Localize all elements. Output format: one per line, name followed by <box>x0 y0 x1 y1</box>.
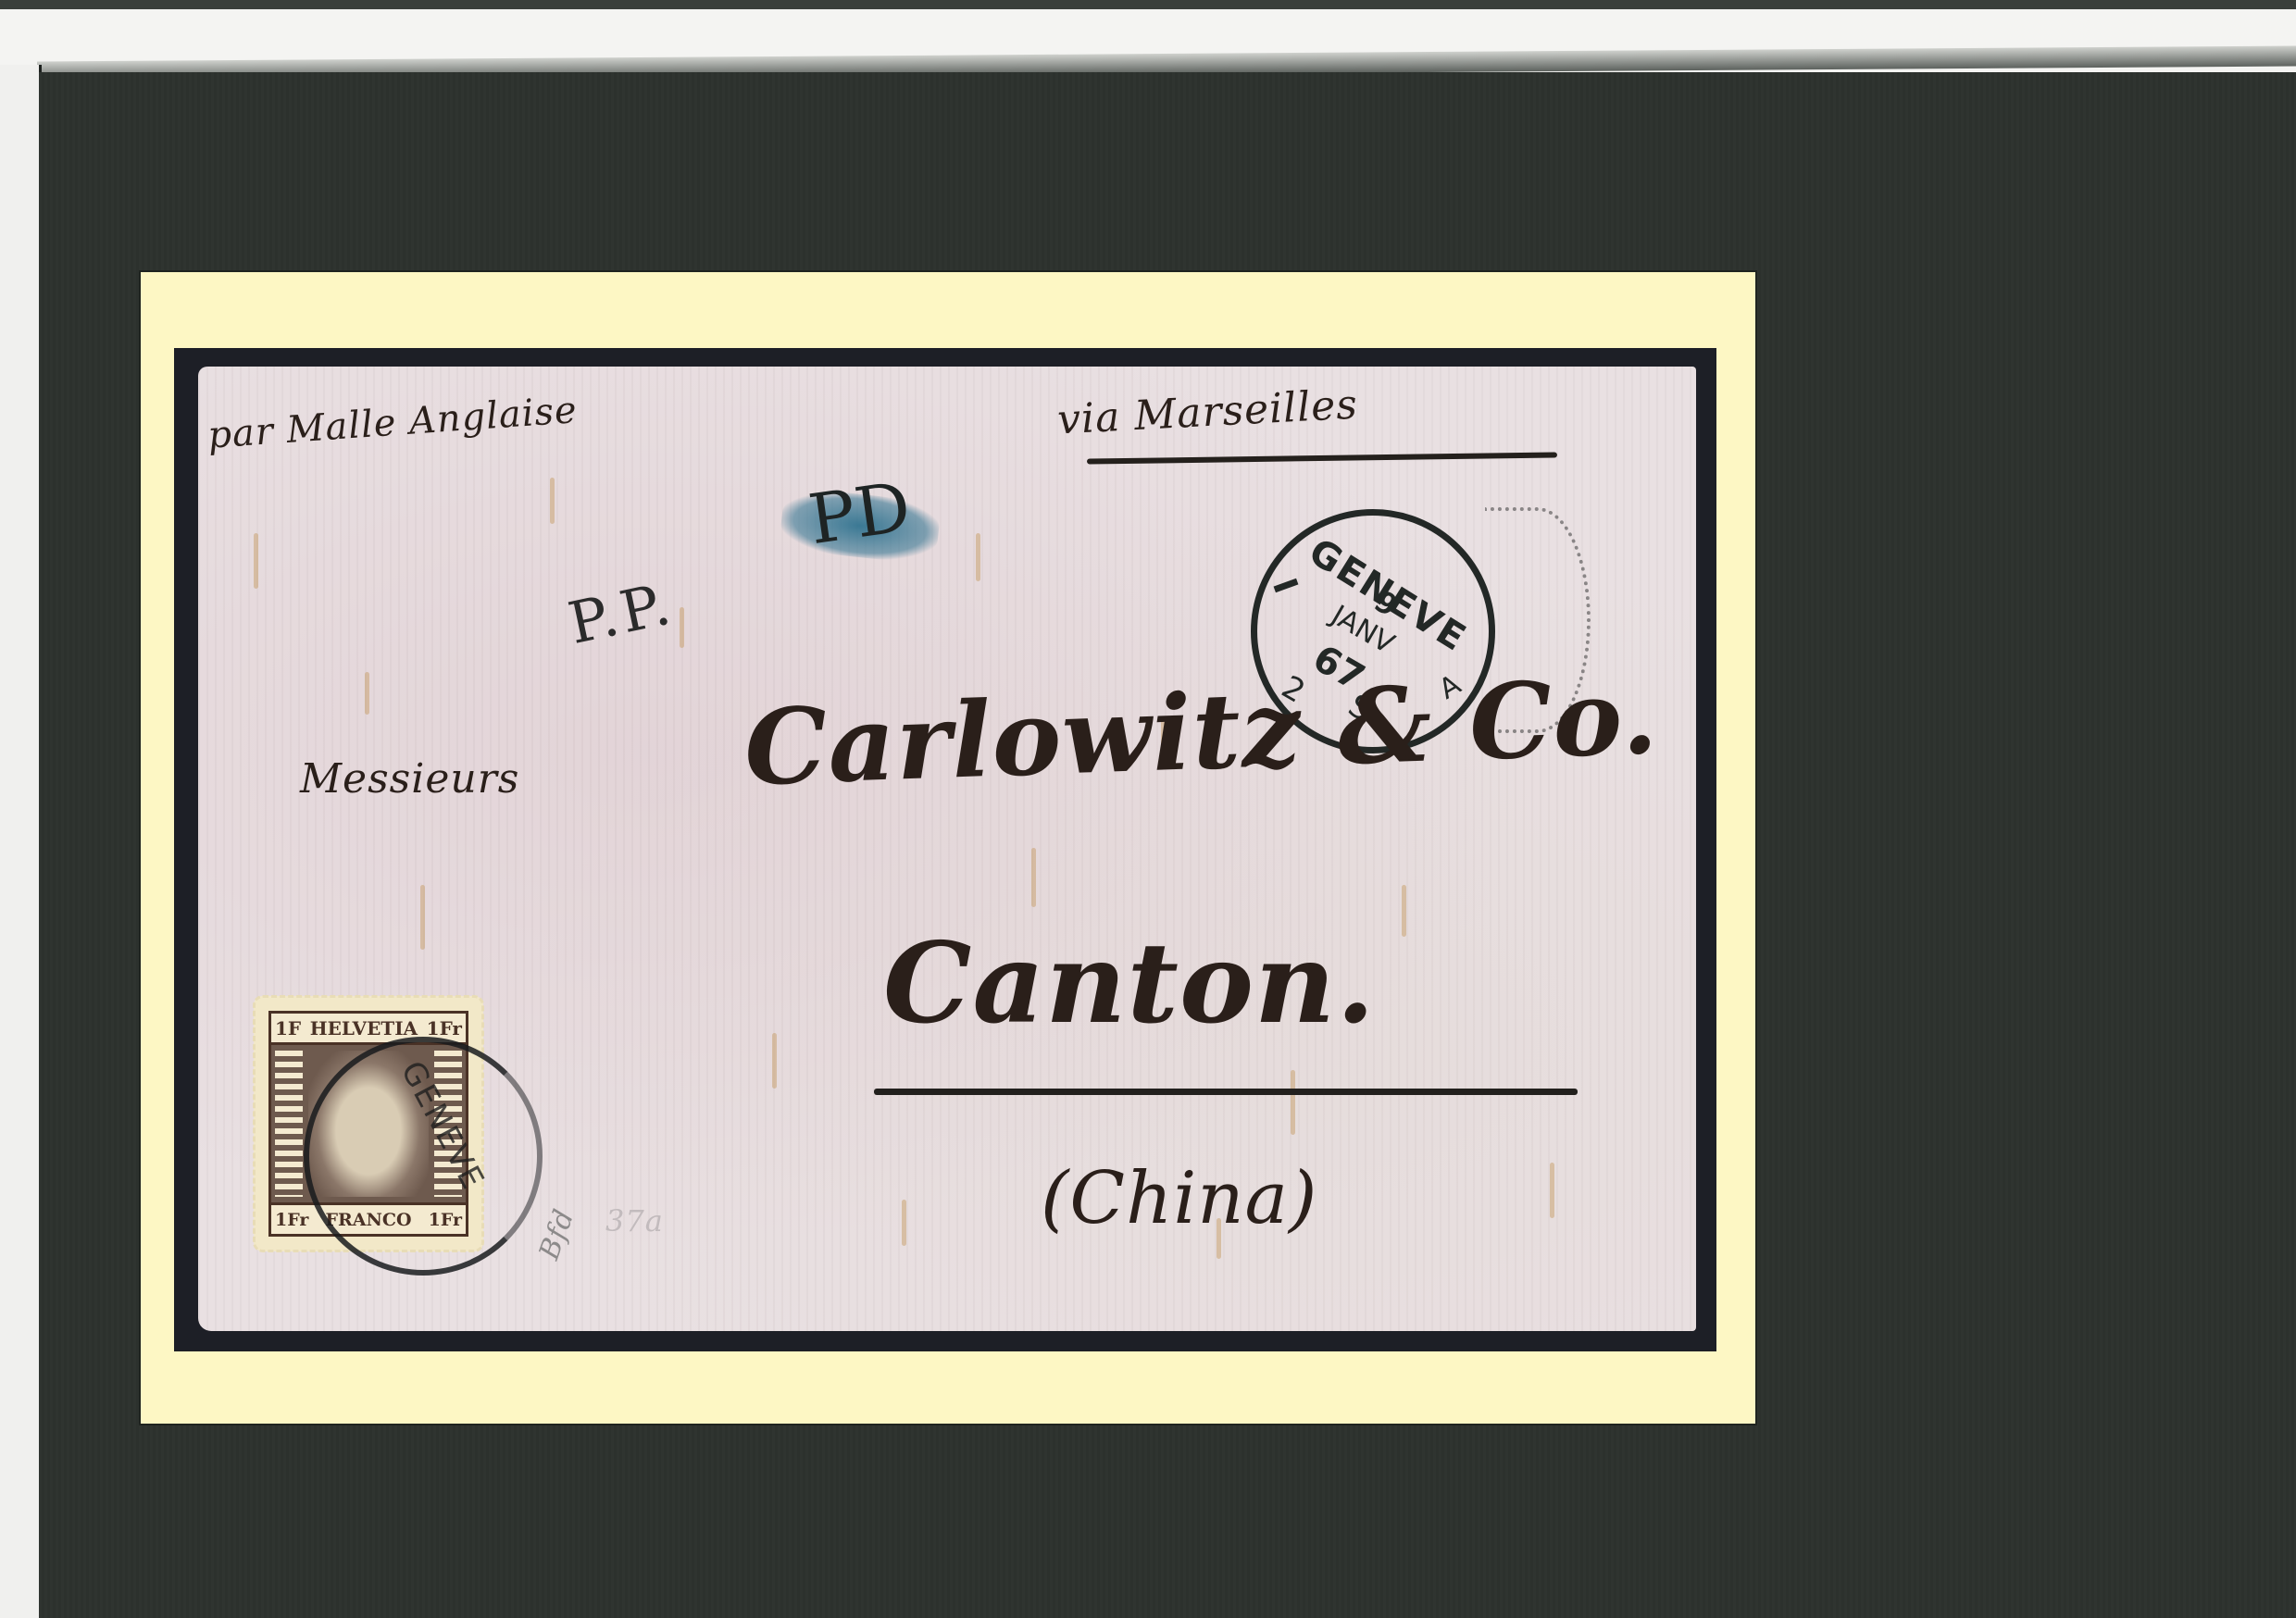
foxing-stain <box>365 672 369 715</box>
scanner-edge <box>0 0 2296 74</box>
salutation: Messieurs <box>300 755 519 803</box>
postmark-dash <box>1274 579 1299 592</box>
foxing-stain <box>1031 848 1036 907</box>
stamp-value: 1Fr <box>275 1210 308 1230</box>
foxing-stain <box>420 885 425 950</box>
foxing-stain <box>1291 1070 1295 1135</box>
via-note: via Marseilles <box>1056 381 1359 444</box>
via-underline <box>1087 452 1557 464</box>
foxing-stain <box>550 478 555 524</box>
foxing-stain <box>680 607 684 648</box>
foxing-stain <box>772 1033 777 1089</box>
stamp-country: HELVETIA <box>310 1017 418 1039</box>
foxing-stain <box>254 533 258 589</box>
stamp-value: 1Fr <box>427 1017 462 1039</box>
pd-marking: PD <box>805 467 916 560</box>
pp-marking: P.P. <box>563 569 680 657</box>
foxing-stain <box>902 1200 906 1246</box>
stamp-value: 1F <box>275 1017 301 1039</box>
destination-country: (China) <box>1041 1157 1317 1240</box>
foxing-stain <box>1550 1163 1554 1218</box>
stamp-ornament <box>275 1051 303 1197</box>
postal-cover: par Malle Anglaise via Marseilles PD P.P… <box>198 367 1696 1331</box>
foxing-stain <box>976 533 980 581</box>
foxing-stain <box>1402 885 1406 937</box>
scanner-margin <box>0 65 42 1618</box>
routing-note: par Malle Anglaise <box>206 389 579 457</box>
addressee: Carlowitz & Co. <box>742 656 1660 809</box>
pencil-note: 37a <box>605 1203 664 1238</box>
pencil-note: Bfd <box>533 1205 581 1264</box>
city-underline <box>874 1089 1578 1095</box>
destination-city: Canton. <box>883 918 1376 1049</box>
